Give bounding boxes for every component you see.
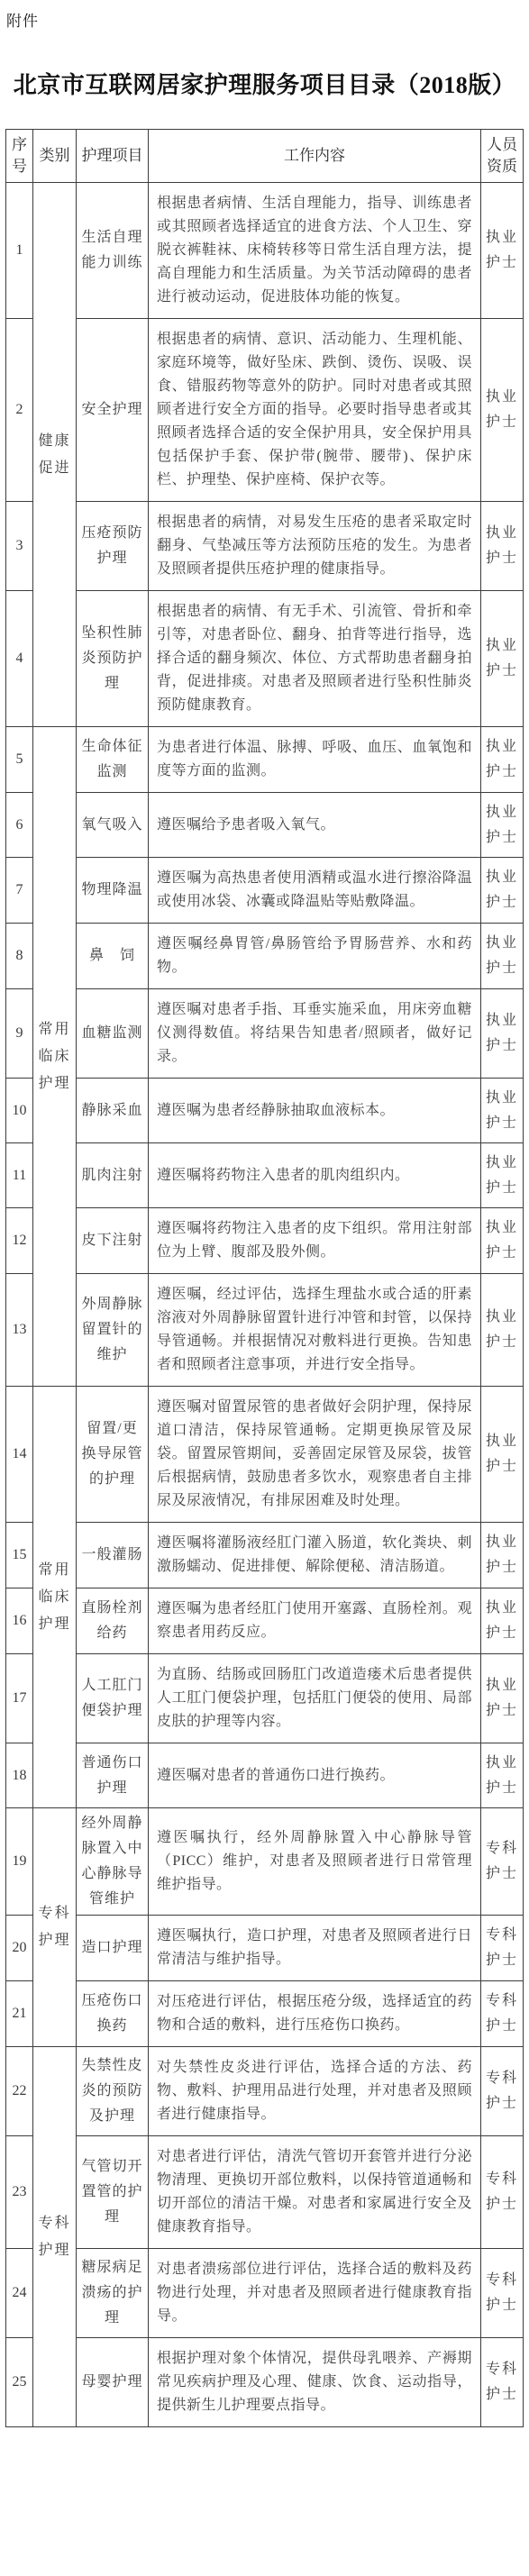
- row-number-cell: 24: [6, 2249, 33, 2338]
- project-cell: 直肠栓剂给药: [77, 1588, 149, 1654]
- qualification-cell: 执业护士: [481, 727, 524, 793]
- work-content-cell: 遵医嘱，经过评估，选择生理盐水或合适的肝素溶液对外周静脉留置针进行冲管和封管，以…: [149, 1274, 481, 1387]
- project-cell: 外周静脉留置针的维护: [77, 1274, 149, 1387]
- table-row: 1健康促进生活自理能力训练根据患者病情、生活自理能力，指导、训练患者或其照顾者选…: [6, 183, 524, 319]
- table-row: 23气管切开置管的护理对患者进行评估，清洗气管切开套管并进行分泌物清理、更换切开…: [6, 2136, 524, 2249]
- work-content-cell: 遵医嘱为患者经肛门使用开塞露、直肠栓剂。观察患者用药反应。: [149, 1588, 481, 1654]
- work-content-cell: 根据护理对象个体情况，提供母乳喂养、产褥期常见疾病护理及心理、健康、饮食、运动指…: [149, 2338, 481, 2427]
- row-number-cell: 20: [6, 1916, 33, 1981]
- qualification-cell: 执业护士: [481, 1588, 524, 1654]
- project-cell: 生命体征监测: [77, 727, 149, 793]
- work-content-cell: 遵医嘱对留置尿管的患者做好会阴护理，保持尿道口清洁，保持尿管通畅。定期更换尿管及…: [149, 1387, 481, 1523]
- qualification-cell: 执业护士: [481, 989, 524, 1079]
- work-content-cell: 对患者溃疡部位进行评估，选择合适的敷料及药物进行处理，并对患者及照顾者进行健康教…: [149, 2249, 481, 2338]
- qualification-cell: 专科护士: [481, 2249, 524, 2338]
- row-number-cell: 25: [6, 2338, 33, 2427]
- row-number-cell: 21: [6, 1981, 33, 2047]
- project-cell: 物理降温: [77, 858, 149, 924]
- qualification-cell: 执业护士: [481, 1654, 524, 1743]
- project-cell: 母婴护理: [77, 2338, 149, 2427]
- header-content: 工作内容: [149, 130, 481, 183]
- work-content-cell: 根据患者的病情、有无手术、引流管、骨折和牵引等，对患者卧位、翻身、拍背等进行指导…: [149, 591, 481, 727]
- qualification-cell: 专科护士: [481, 1808, 524, 1916]
- row-number-cell: 4: [6, 591, 33, 727]
- qualification-cell: 执业护士: [481, 591, 524, 727]
- table-row: 18普通伤口护理遵医嘱对患者的普通伤口进行换药。执业护士: [6, 1743, 524, 1808]
- work-content-cell: 遵医嘱对患者的普通伤口进行换药。: [149, 1743, 481, 1808]
- work-content-cell: 根据患者的病情，对易发生压疮的患者采取定时翻身、气垫减压等方法预防压疮的发生。为…: [149, 502, 481, 591]
- row-number-cell: 9: [6, 989, 33, 1079]
- row-number-cell: 19: [6, 1808, 33, 1916]
- table-row: 7物理降温遵医嘱为高热患者使用酒精或温水进行擦浴降温或使用冰袋、冰囊或降温贴等贴…: [6, 858, 524, 924]
- table-row: 19专科护理经外周静脉置入中心静脉导管维护遵医嘱执行，经外周静脉置入中心静脉导管…: [6, 1808, 524, 1916]
- row-number-cell: 16: [6, 1588, 33, 1654]
- table-row: 24糖尿病足溃疡的护理对患者溃疡部位进行评估，选择合适的敷料及药物进行处理，并对…: [6, 2249, 524, 2338]
- qualification-cell: 执业护士: [481, 858, 524, 924]
- work-content-cell: 遵医嘱经鼻胃管/鼻肠管给予胃肠营养、水和药物。: [149, 924, 481, 989]
- row-number-cell: 10: [6, 1079, 33, 1143]
- category-cell: 健康促进: [33, 183, 77, 727]
- row-number-cell: 22: [6, 2047, 33, 2136]
- row-number-cell: 5: [6, 727, 33, 793]
- header-category: 类别: [33, 130, 77, 183]
- project-cell: 肌肉注射: [77, 1143, 149, 1208]
- project-cell: 气管切开置管的护理: [77, 2136, 149, 2249]
- table-row: 20造口护理遵医嘱执行，造口护理，对患者及照顾者进行日常清洁与维护指导。专科护士: [6, 1916, 524, 1981]
- row-number-cell: 3: [6, 502, 33, 591]
- project-cell: 生活自理能力训练: [77, 183, 149, 319]
- table-row: 2安全护理根据患者的病情、意识、活动能力、生理机能、家庭环境等，做好坠床、跌倒、…: [6, 319, 524, 502]
- service-directory-table: 序号 类别 护理项目 工作内容 人员资质 1健康促进生活自理能力训练根据患者病情…: [5, 129, 524, 2427]
- table-header: 序号 类别 护理项目 工作内容 人员资质: [6, 130, 524, 183]
- header-qualification: 人员资质: [481, 130, 524, 183]
- qualification-cell: 执业护士: [481, 1523, 524, 1588]
- row-number-cell: 15: [6, 1523, 33, 1588]
- table-row: 12皮下注射遵医嘱将药物注入患者的皮下组织。常用注射部位为上臂、腹部及股外侧。执…: [6, 1208, 524, 1274]
- table-row: 25母婴护理根据护理对象个体情况，提供母乳喂养、产褥期常见疾病护理及心理、健康、…: [6, 2338, 524, 2427]
- project-cell: 压疮预防护理: [77, 502, 149, 591]
- work-content-cell: 对压疮进行评估，根据压疮分级，选择适宜的药物和合适的敷料，进行压疮伤口换药。: [149, 1981, 481, 2047]
- row-number-cell: 2: [6, 319, 33, 502]
- qualification-cell: 执业护士: [481, 1143, 524, 1208]
- table-row: 14常用临床护理留置/更换导尿管的护理遵医嘱对留置尿管的患者做好会阴护理，保持尿…: [6, 1387, 524, 1523]
- project-cell: 坠积性肺炎预防护理: [77, 591, 149, 727]
- project-cell: 血糖监测: [77, 989, 149, 1079]
- qualification-cell: 执业护士: [481, 1079, 524, 1143]
- table-row: 8鼻 饲遵医嘱经鼻胃管/鼻肠管给予胃肠营养、水和药物。执业护士: [6, 924, 524, 989]
- project-cell: 氧气吸入: [77, 793, 149, 858]
- project-cell: 造口护理: [77, 1916, 149, 1981]
- qualification-cell: 执业护士: [481, 502, 524, 591]
- row-number-cell: 8: [6, 924, 33, 989]
- qualification-cell: 执业护士: [481, 1274, 524, 1387]
- work-content-cell: 遵医嘱执行，经外周静脉置入中心静脉导管（PICC）维护，对患者及照顾者进行日常管…: [149, 1808, 481, 1916]
- project-cell: 皮下注射: [77, 1208, 149, 1274]
- qualification-cell: 专科护士: [481, 2136, 524, 2249]
- category-cell: 常用临床护理: [33, 727, 77, 1387]
- category-cell: 常用临床护理: [33, 1387, 77, 1808]
- attachment-label: 附件: [0, 0, 529, 31]
- work-content-cell: 遵医嘱执行，造口护理，对患者及照顾者进行日常清洁与维护指导。: [149, 1916, 481, 1981]
- row-number-cell: 7: [6, 858, 33, 924]
- row-number-cell: 11: [6, 1143, 33, 1208]
- work-content-cell: 遵医嘱给予患者吸入氧气。: [149, 793, 481, 858]
- row-number-cell: 18: [6, 1743, 33, 1808]
- table-row: 17人工肛门便袋护理为直肠、结肠或回肠肛门改道造瘘术后患者提供人工肛门便袋护理，…: [6, 1654, 524, 1743]
- project-cell: 普通伤口护理: [77, 1743, 149, 1808]
- table-row: 13外周静脉留置针的维护遵医嘱，经过评估，选择生理盐水或合适的肝素溶液对外周静脉…: [6, 1274, 524, 1387]
- row-number-cell: 23: [6, 2136, 33, 2249]
- qualification-cell: 执业护士: [481, 924, 524, 989]
- document-page: 附件 北京市互联网居家护理服务项目目录（2018版） 序号 类别 护理项目 工作…: [0, 0, 529, 2440]
- work-content-cell: 对患者进行评估，清洗气管切开套管并进行分泌物清理、更换切开部位敷料，以保持管道通…: [149, 2136, 481, 2249]
- qualification-cell: 执业护士: [481, 319, 524, 502]
- table-row: 9血糖监测遵医嘱对患者手指、耳垂实施采血，用床旁血糖仪测得数值。将结果告知患者/…: [6, 989, 524, 1079]
- row-number-cell: 17: [6, 1654, 33, 1743]
- project-cell: 安全护理: [77, 319, 149, 502]
- table-row: 3压疮预防护理根据患者的病情，对易发生压疮的患者采取定时翻身、气垫减压等方法预防…: [6, 502, 524, 591]
- table-row: 6氧气吸入遵医嘱给予患者吸入氧气。执业护士: [6, 793, 524, 858]
- table-row: 4坠积性肺炎预防护理根据患者的病情、有无手术、引流管、骨折和牵引等，对患者卧位、…: [6, 591, 524, 727]
- project-cell: 留置/更换导尿管的护理: [77, 1387, 149, 1523]
- header-num: 序号: [6, 130, 33, 183]
- row-number-cell: 6: [6, 793, 33, 858]
- category-cell: 专科护理: [33, 2047, 77, 2427]
- qualification-cell: 专科护士: [481, 1916, 524, 1981]
- category-cell: 专科护理: [33, 1808, 77, 2047]
- page-title: 北京市互联网居家护理服务项目目录（2018版）: [0, 67, 529, 100]
- work-content-cell: 根据患者的病情、意识、活动能力、生理机能、家庭环境等，做好坠床、跌倒、烫伤、误吸…: [149, 319, 481, 502]
- project-cell: 压疮伤口换药: [77, 1981, 149, 2047]
- work-content-cell: 为直肠、结肠或回肠肛门改道造瘘术后患者提供人工肛门便袋护理，包括肛门便袋的使用、…: [149, 1654, 481, 1743]
- work-content-cell: 对失禁性皮炎进行评估，选择合适的方法、药物、敷料、护理用品进行处理，并对患者及照…: [149, 2047, 481, 2136]
- qualification-cell: 专科护士: [481, 1981, 524, 2047]
- work-content-cell: 遵医嘱为患者经静脉抽取血液标本。: [149, 1079, 481, 1143]
- work-content-cell: 遵医嘱将药物注入患者的皮下组织。常用注射部位为上臂、腹部及股外侧。: [149, 1208, 481, 1274]
- work-content-cell: 遵医嘱为高热患者使用酒精或温水进行擦浴降温或使用冰袋、冰囊或降温贴等贴敷降温。: [149, 858, 481, 924]
- work-content-cell: 遵医嘱将药物注入患者的肌肉组织内。: [149, 1143, 481, 1208]
- qualification-cell: 执业护士: [481, 183, 524, 319]
- header-row: 序号 类别 护理项目 工作内容 人员资质: [6, 130, 524, 183]
- table-row: 22专科护理失禁性皮炎的预防及护理对失禁性皮炎进行评估，选择合适的方法、药物、敷…: [6, 2047, 524, 2136]
- project-cell: 静脉采血: [77, 1079, 149, 1143]
- qualification-cell: 专科护士: [481, 2047, 524, 2136]
- project-cell: 经外周静脉置入中心静脉导管维护: [77, 1808, 149, 1916]
- row-number-cell: 13: [6, 1274, 33, 1387]
- table-row: 16直肠栓剂给药遵医嘱为患者经肛门使用开塞露、直肠栓剂。观察患者用药反应。执业护…: [6, 1588, 524, 1654]
- qualification-cell: 执业护士: [481, 1208, 524, 1274]
- row-number-cell: 14: [6, 1387, 33, 1523]
- table-row: 10静脉采血遵医嘱为患者经静脉抽取血液标本。执业护士: [6, 1079, 524, 1143]
- qualification-cell: 执业护士: [481, 1743, 524, 1808]
- qualification-cell: 专科护士: [481, 2338, 524, 2427]
- table-row: 5常用临床护理生命体征监测为患者进行体温、脉搏、呼吸、血压、血氧饱和度等方面的监…: [6, 727, 524, 793]
- header-project: 护理项目: [77, 130, 149, 183]
- table-body: 1健康促进生活自理能力训练根据患者病情、生活自理能力，指导、训练患者或其照顾者选…: [6, 183, 524, 2427]
- work-content-cell: 为患者进行体温、脉搏、呼吸、血压、血氧饱和度等方面的监测。: [149, 727, 481, 793]
- row-number-cell: 12: [6, 1208, 33, 1274]
- project-cell: 糖尿病足溃疡的护理: [77, 2249, 149, 2338]
- qualification-cell: 执业护士: [481, 793, 524, 858]
- work-content-cell: 遵医嘱对患者手指、耳垂实施采血，用床旁血糖仪测得数值。将结果告知患者/照顾者，做…: [149, 989, 481, 1079]
- work-content-cell: 根据患者病情、生活自理能力，指导、训练患者或其照顾者选择适宜的进食方法、个人卫生…: [149, 183, 481, 319]
- project-cell: 失禁性皮炎的预防及护理: [77, 2047, 149, 2136]
- work-content-cell: 遵医嘱将灌肠液经肛门灌入肠道，软化粪块、刺激肠蠕动、促进排便、解除便秘、清洁肠道…: [149, 1523, 481, 1588]
- table-row: 21压疮伤口换药对压疮进行评估，根据压疮分级，选择适宜的药物和合适的敷料，进行压…: [6, 1981, 524, 2047]
- project-cell: 人工肛门便袋护理: [77, 1654, 149, 1743]
- table-row: 15一般灌肠遵医嘱将灌肠液经肛门灌入肠道，软化粪块、刺激肠蠕动、促进排便、解除便…: [6, 1523, 524, 1588]
- project-cell: 一般灌肠: [77, 1523, 149, 1588]
- qualification-cell: 执业护士: [481, 1387, 524, 1523]
- row-number-cell: 1: [6, 183, 33, 319]
- table-row: 11肌肉注射遵医嘱将药物注入患者的肌肉组织内。执业护士: [6, 1143, 524, 1208]
- project-cell: 鼻 饲: [77, 924, 149, 989]
